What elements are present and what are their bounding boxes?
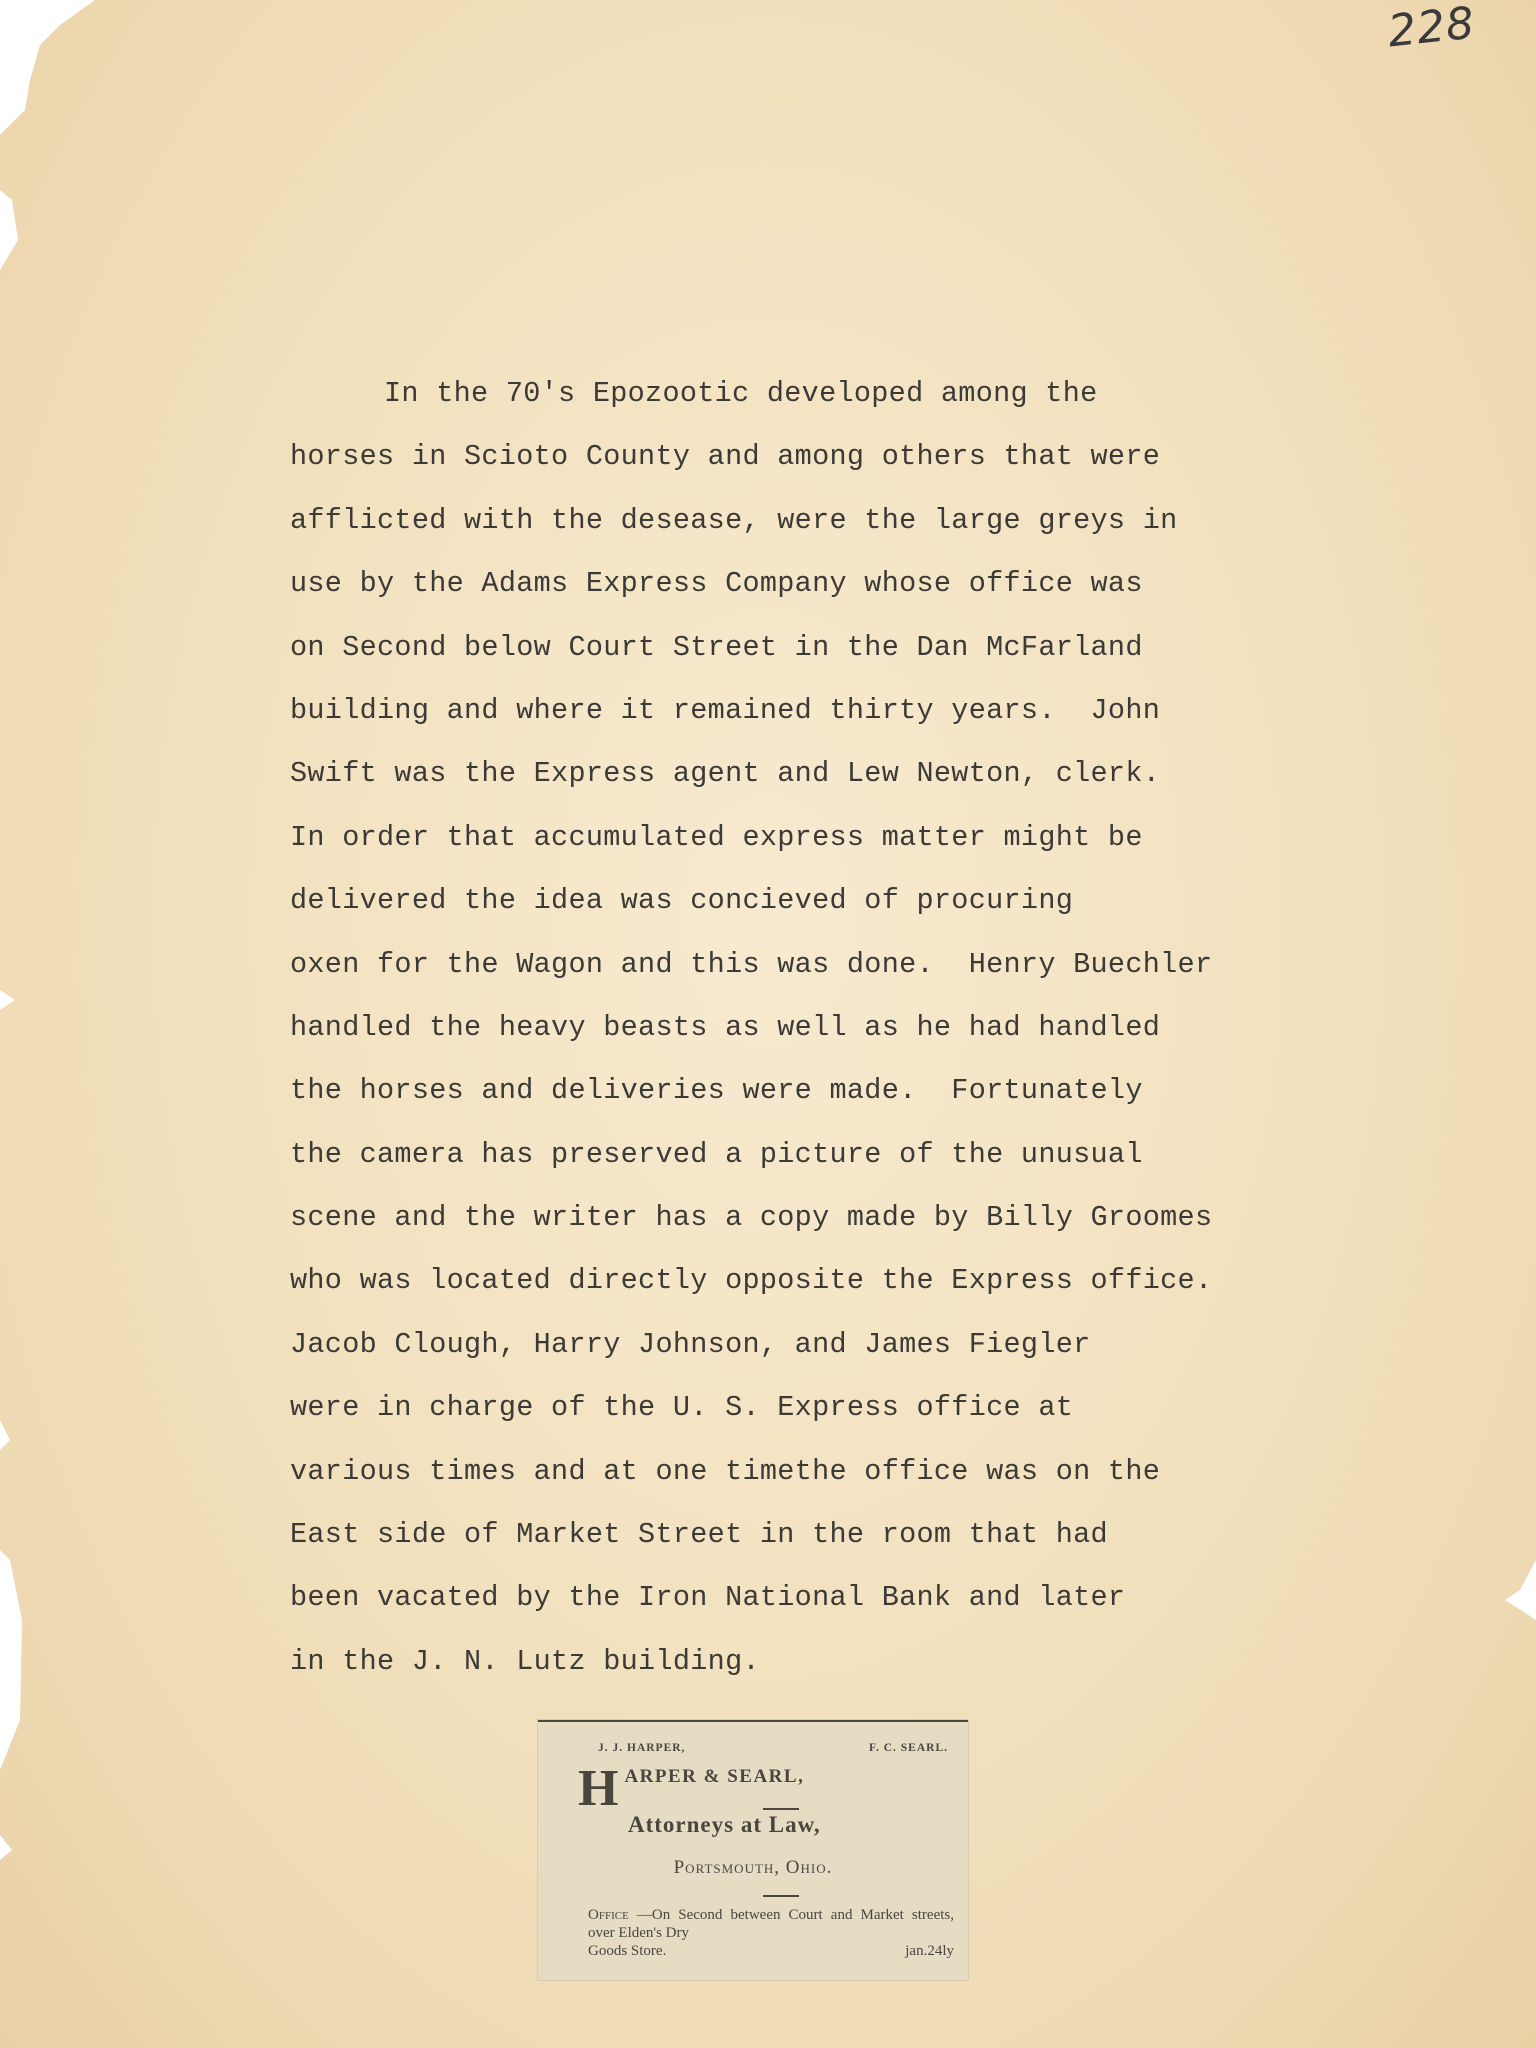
text-line: in the J. N. Lutz building. — [290, 1630, 1330, 1693]
date-code: jan.24ly — [905, 1942, 954, 1960]
partner-left: J. J. HARPER, — [598, 1742, 685, 1754]
typewritten-body: In the 70's Epozootic developed among th… — [290, 362, 1330, 1693]
firm-name-rest: ARPER & SEARL, — [624, 1766, 804, 1788]
text-line: were in charge of the U. S. Express offi… — [290, 1376, 1330, 1439]
text-line: oxen for the Wagon and this was done. He… — [290, 933, 1330, 996]
partner-right: F. C. SEARL. — [869, 1742, 948, 1754]
text-line: afflicted with the desease, were the lar… — [290, 489, 1330, 552]
text-line: scene and the writer has a copy made by … — [290, 1186, 1330, 1249]
partner-names: J. J. HARPER, F. C. SEARL. — [598, 1742, 948, 1754]
text-line: the horses and deliveries were made. For… — [290, 1059, 1330, 1122]
text-line: various times and at one timethe office … — [290, 1440, 1330, 1503]
text-line: been vacated by the Iron National Bank a… — [290, 1566, 1330, 1629]
firm-name: H ARPER & SEARL, — [578, 1764, 804, 1814]
firm-title: Attorneys at Law, — [628, 1812, 821, 1838]
document-page: 228 In the 70's Epozootic developed amon… — [0, 0, 1536, 2048]
divider-rule — [763, 1808, 799, 1810]
firm-city: Portsmouth, Ohio. — [538, 1857, 968, 1879]
text-line: who was located directly opposite the Ex… — [290, 1249, 1330, 1312]
firm-dropcap: H — [578, 1764, 618, 1814]
text-line: In order that accumulated express matter… — [290, 806, 1330, 869]
text-line: on Second below Court Street in the Dan … — [290, 616, 1330, 679]
text-line: building and where it remained thirty ye… — [290, 679, 1330, 742]
text-line: In the 70's Epozootic developed among th… — [290, 362, 1330, 425]
newspaper-clipping-advertisement: J. J. HARPER, F. C. SEARL. H ARPER & SEA… — [538, 1720, 968, 1980]
text-line: horses in Scioto County and among others… — [290, 425, 1330, 488]
text-line: Jacob Clough, Harry Johnson, and James F… — [290, 1313, 1330, 1376]
text-line: use by the Adams Express Company whose o… — [290, 552, 1330, 615]
office-address: Office —On Second between Court and Mark… — [588, 1906, 954, 1960]
text-line: handled the heavy beasts as well as he h… — [290, 996, 1330, 1059]
text-line: East side of Market Street in the room t… — [290, 1503, 1330, 1566]
office-label: Office — [588, 1907, 629, 1923]
text-line: Swift was the Express agent and Lew Newt… — [290, 742, 1330, 805]
office-text-last: Goods Store. — [588, 1942, 666, 1960]
text-line: the camera has preserved a picture of th… — [290, 1123, 1330, 1186]
handwritten-page-number: 228 — [1386, 0, 1478, 57]
text-line: delivered the idea was concieved of proc… — [290, 869, 1330, 932]
divider-rule — [763, 1895, 799, 1897]
office-text: —On Second between Court and Market stre… — [588, 1907, 954, 1941]
